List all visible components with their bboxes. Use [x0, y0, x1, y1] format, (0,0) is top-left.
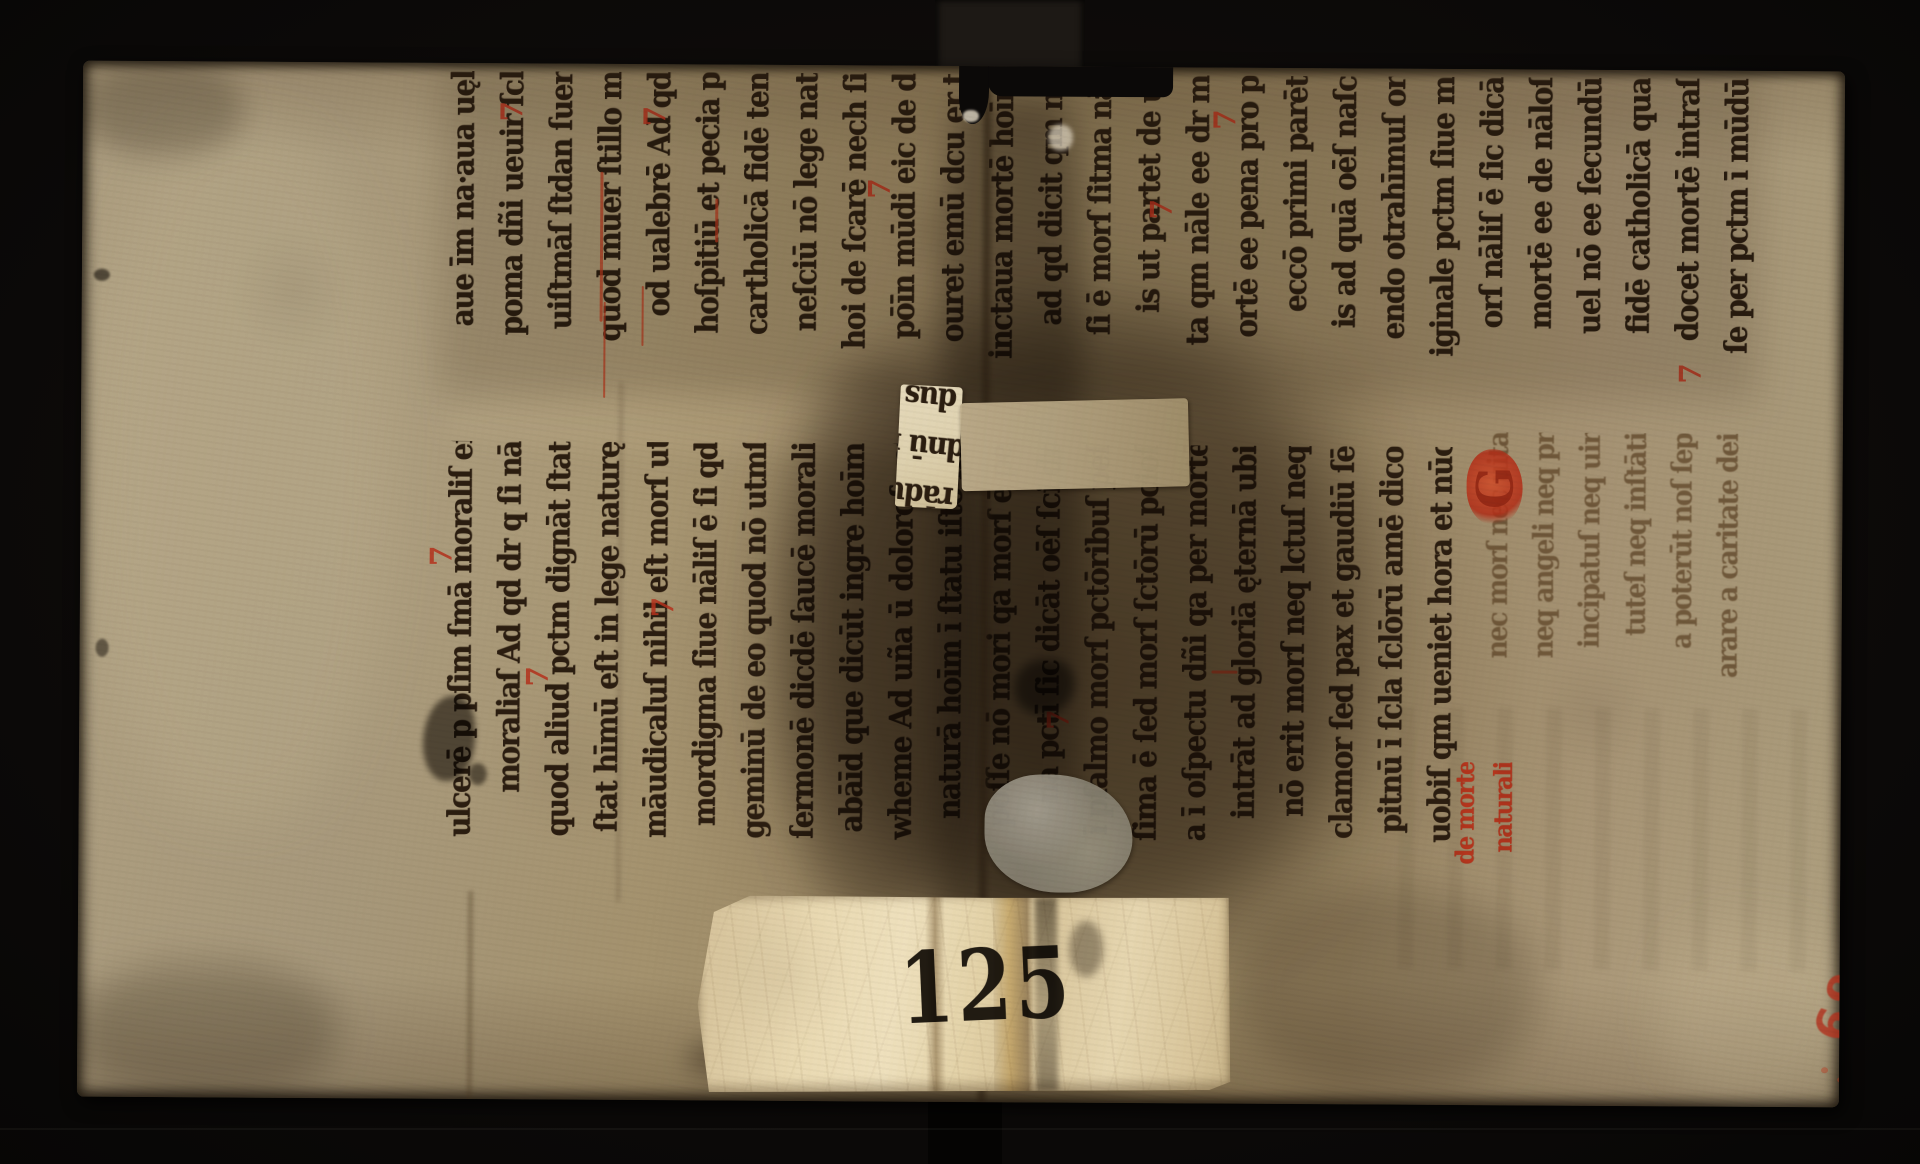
red-initial: G — [1466, 449, 1522, 525]
red-paragraph-mark: 7 — [641, 106, 671, 127]
stain-bottom-left — [77, 961, 338, 1099]
text-band-top-lines: aue īm na·aua uęlpoma dñi ueuir ſcluiſtm… — [438, 71, 1758, 397]
red-initial-glyph: G — [1465, 466, 1524, 509]
red-paragraph-mark: 7 — [498, 101, 528, 122]
red-shelfmark: 69 — [1803, 961, 1845, 1048]
red-paragraph-mark: 7 — [1677, 363, 1707, 384]
red-paragraph-mark: 7 — [524, 666, 554, 687]
printed-fragment-text: rādudnū ndus — [895, 384, 963, 509]
label-number: 125 — [897, 925, 1075, 1047]
red-shelfmark-dot — [1821, 1067, 1828, 1073]
edge-mark — [96, 639, 109, 657]
cradle-seam — [0, 1128, 1920, 1130]
red-paragraph-mark: 7 — [1045, 709, 1075, 730]
edge-mark — [94, 269, 110, 281]
text-band-top: aue īm na·aua uęlpoma dñi ueuir ſcluiſtm… — [438, 71, 1758, 397]
parchment: aue īm na·aua uęlpoma dñi ueuir ſcluiſtm… — [77, 61, 1845, 1108]
red-shelfmark-dot — [1837, 1077, 1843, 1082]
crease-line — [467, 891, 473, 1099]
shelf-label: 125 — [697, 890, 1231, 1094]
printed-fragment: rādudnū ndus — [895, 384, 963, 509]
offset-ghost-text — [1398, 707, 1840, 972]
red-paragraph-mark: 7 — [1148, 199, 1178, 220]
spine-top-lowered-edge — [988, 64, 1173, 97]
red-paragraph-mark: 7 — [866, 178, 896, 199]
manuscript-photo: aue īm na·aua uęlpoma dñi ueuir ſcluiſtm… — [0, 0, 1920, 1164]
red-paragraph-mark: 7 — [428, 545, 458, 566]
red-underline — [641, 286, 643, 346]
stain-top-left-corner — [83, 61, 244, 157]
red-paragraph-mark: 7 — [649, 597, 679, 618]
red-paragraph-mark: 7 — [1211, 109, 1241, 130]
parchment-light-left-margin — [89, 121, 393, 823]
red-tick — [1211, 671, 1237, 674]
paper-strip — [960, 398, 1190, 491]
red-underline — [715, 198, 718, 242]
